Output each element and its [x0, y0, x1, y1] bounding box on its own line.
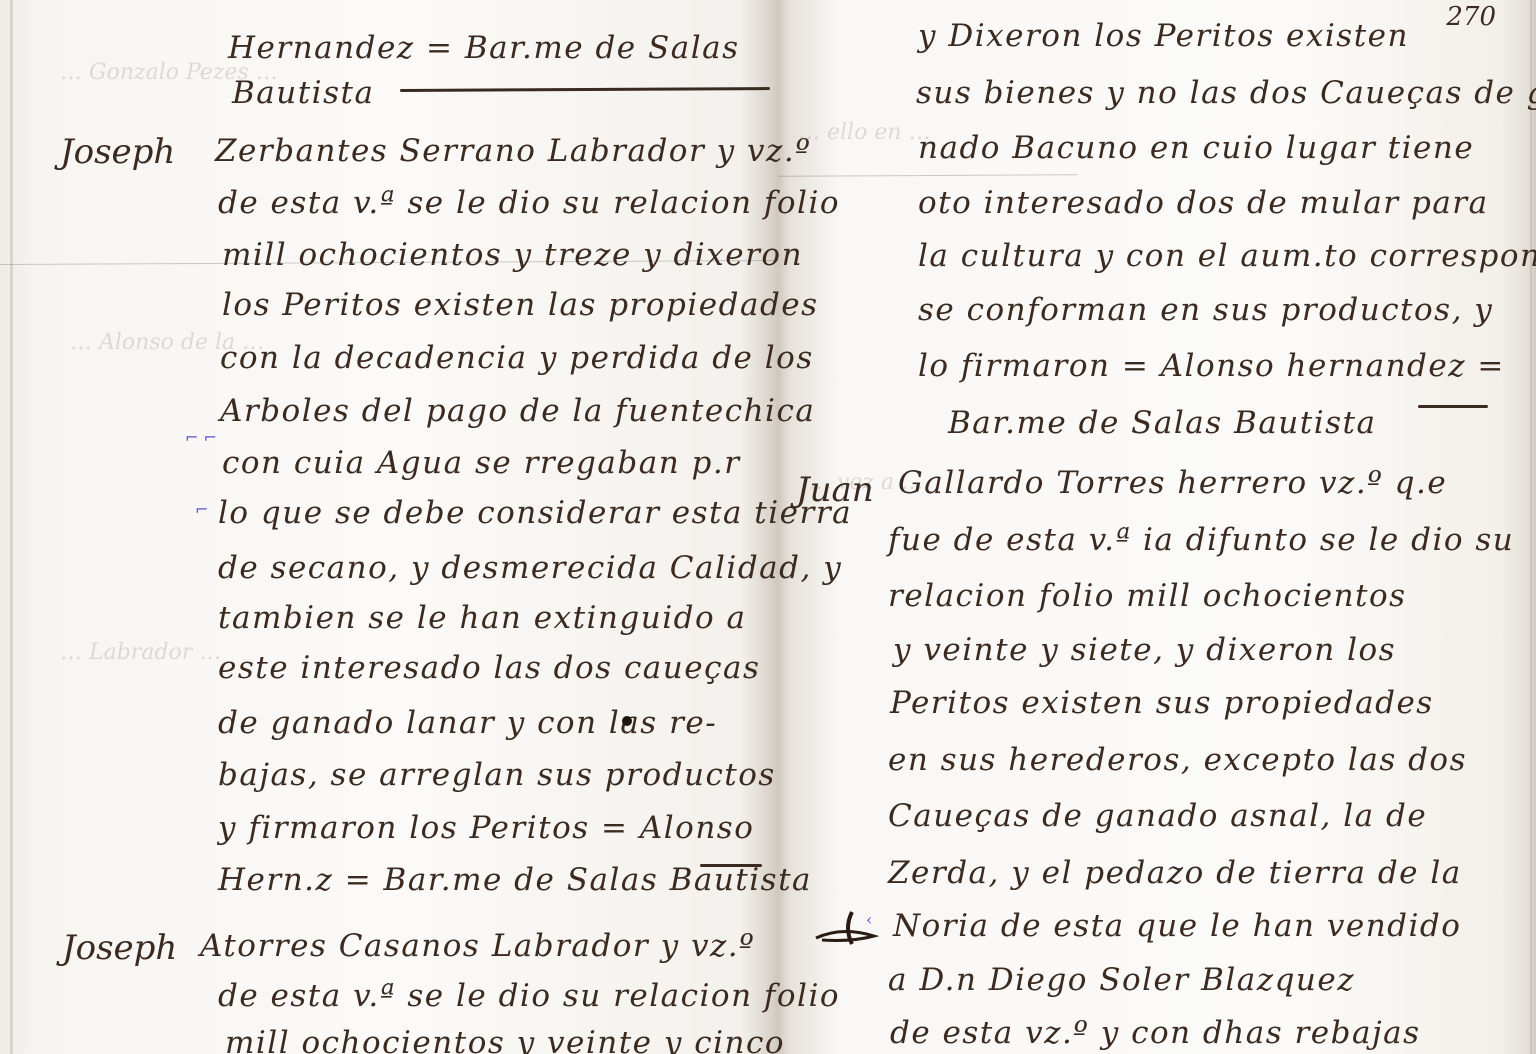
manuscript-line: y veinte y siete, y dixeron los: [893, 632, 1396, 668]
manuscript-line: los Peritos existen las propiedades: [222, 287, 819, 323]
manuscript-line: mill ochocientos y veinte y cinco: [225, 1025, 785, 1054]
line-filler-rule: [1418, 405, 1488, 408]
manuscript-line: Atorres Casanos Labrador y vz.º: [200, 928, 755, 964]
manuscript-line: lo que se debe considerar esta tierra: [218, 495, 852, 531]
page-edge: [10, 0, 13, 1054]
page-edge: [1530, 0, 1532, 1054]
manuscript-line: sus bienes y no las dos Caueças de ga-: [916, 75, 1536, 111]
manuscript-line: mill ochocientos y treze y dixeron: [222, 237, 803, 273]
manuscript-line: de secano, y desmerecida Calidad, y: [218, 550, 842, 586]
manuscript-spread: … Gonzalo Pezes … … Alonso de la … … Lab…: [0, 0, 1536, 1054]
manuscript-line: nado Bacuno en cuio lugar tiene: [918, 130, 1474, 166]
manuscript-line: Peritos existen sus propiedades: [890, 685, 1434, 721]
manuscript-line: Zerbantes Serrano Labrador y vz.º: [215, 133, 811, 169]
manuscript-line: tambien se le han extinguido a: [218, 600, 746, 636]
manuscript-line: de esta v.ª se le dio su relacion folio: [218, 978, 840, 1014]
margin-name: Joseph: [62, 928, 177, 968]
manuscript-line: y Dixeron los Peritos existen: [918, 18, 1409, 54]
manuscript-line: fue de esta v.ª ia difunto se le dio su: [888, 522, 1514, 558]
bleed-through-text: … Labrador …: [60, 640, 221, 665]
paraph-flourish-icon: [812, 908, 882, 948]
manuscript-line: de esta vz.º y con dhas rebajas: [890, 1015, 1420, 1051]
manuscript-line: Bar.me de Salas Bautista: [948, 405, 1377, 441]
right-page: 270 … ello en … … vez a … y Dixeron los …: [778, 0, 1536, 1054]
manuscript-line: con cuia Agua se rregaban p.r: [222, 445, 741, 481]
manuscript-line: con la decadencia y perdida de los: [220, 340, 814, 376]
left-page: … Gonzalo Pezes … … Alonso de la … … Lab…: [0, 0, 778, 1054]
bleed-through-text: … ello en …: [798, 120, 931, 145]
manuscript-line: Caueças de ganado asnal, la de: [888, 798, 1427, 834]
manuscript-line: oto interesado dos de mular para: [918, 185, 1489, 221]
manuscript-line: la cultura y con el aum.to correspond.te: [918, 238, 1536, 274]
manuscript-line: Bautista: [232, 75, 374, 111]
folio-number: 270: [1446, 2, 1496, 32]
manuscript-line: bajas, se arreglan sus productos: [218, 757, 776, 793]
manuscript-line: lo firmaron = Alonso hernandez =: [918, 348, 1505, 384]
manuscript-line: en sus herederos, excepto las dos: [888, 742, 1467, 778]
manuscript-line: este interesado las dos caueças: [218, 650, 760, 686]
line-filler-rule: [400, 87, 770, 92]
manuscript-line: relacion folio mill ochocientos: [888, 578, 1407, 614]
manuscript-line: Arboles del pago de la fuentechica: [220, 393, 815, 429]
manuscript-line: a D.n Diego Soler Blazquez: [888, 962, 1355, 998]
manuscript-line: Noria de esta que le han vendido: [893, 908, 1461, 944]
manuscript-line: de ganado lanar y con las re-: [218, 705, 717, 741]
pencil-mark: ⌐ ⌐: [185, 428, 217, 447]
margin-name: Juan: [796, 470, 874, 510]
manuscript-line: se conforman en sus productos, y: [918, 292, 1493, 328]
fold-crease: [778, 174, 1078, 177]
manuscript-line: Zerda, y el pedazo de tierra de la: [888, 855, 1462, 891]
manuscript-line: Gallardo Torres herrero vz.º q.e: [898, 465, 1447, 501]
manuscript-line: y firmaron los Peritos = Alonso: [218, 810, 754, 846]
line-filler-rule: [700, 864, 762, 867]
ink-blot: [622, 716, 632, 726]
margin-name: Joseph: [60, 132, 175, 172]
manuscript-line: Hernandez = Bar.me de Salas: [228, 30, 740, 66]
manuscript-line: de esta v.ª se le dio su relacion folio: [218, 185, 840, 221]
manuscript-line: Hern.z = Bar.me de Salas Bautista: [218, 862, 812, 898]
pencil-mark: ⌐: [195, 500, 208, 519]
